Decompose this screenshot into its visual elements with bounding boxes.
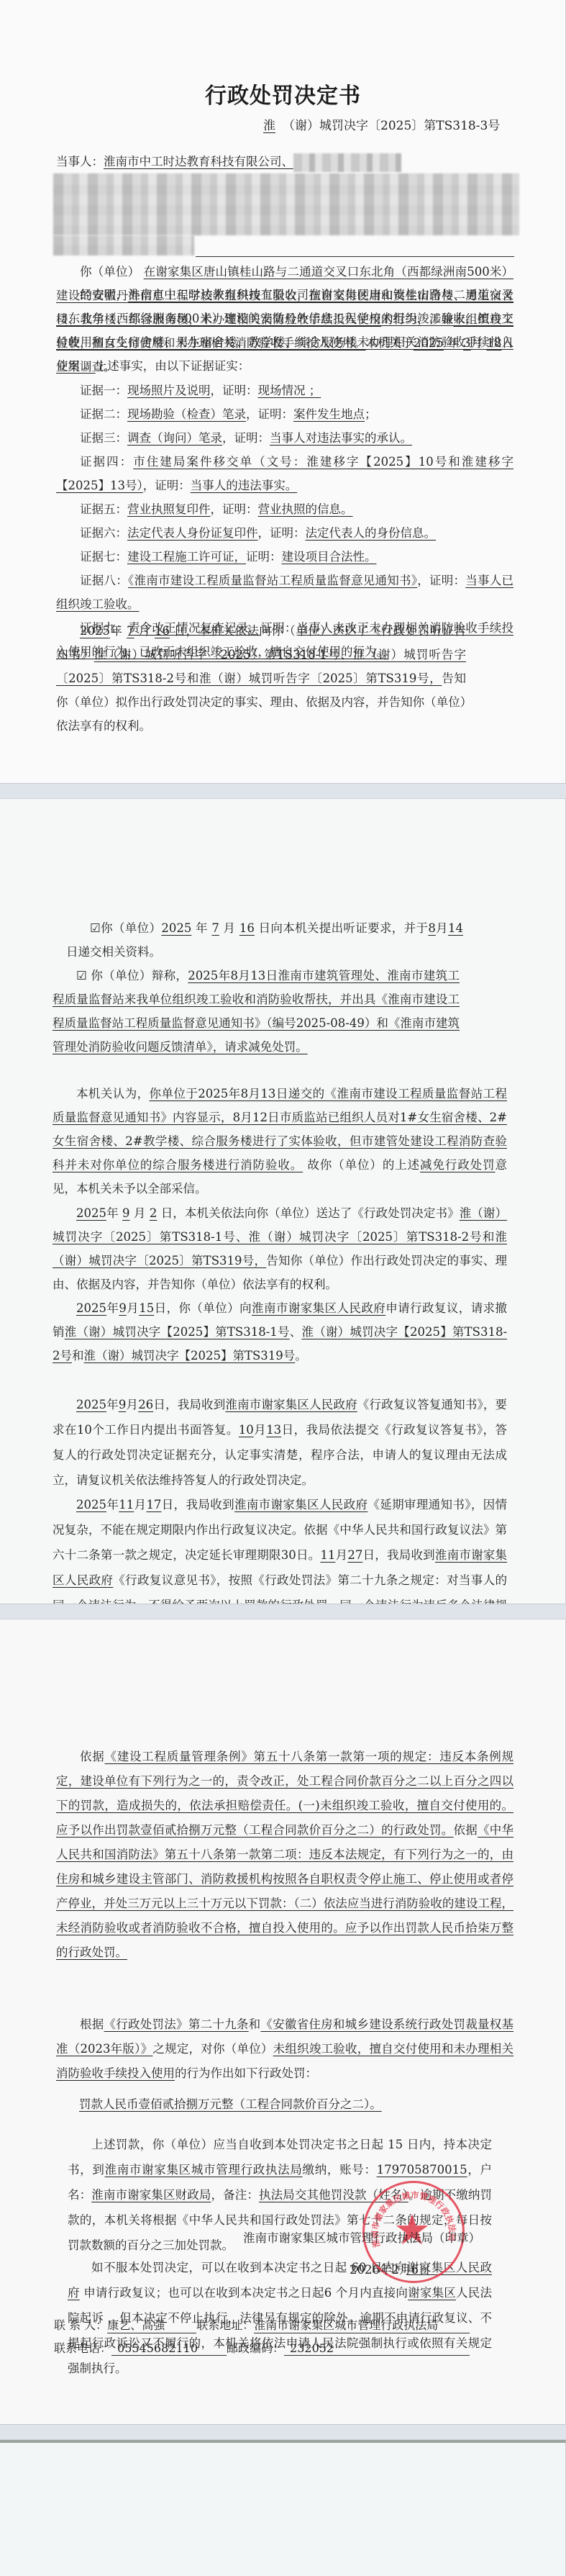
reply-day-2: 13 [266,1423,281,1437]
evidence-proves: 法定代表人的身份信息。 [306,526,437,540]
text: 根据 [80,2017,104,2031]
evidence-item: 证据四：市住建局案件移交单（文号：淮建移字【2025】10号和淮建移字【2025… [56,450,513,497]
penalty-amount: 罚款人民币壹佰贰拾捌万元整（工程合同款价百分之二）。 [79,2097,382,2111]
text: 你（单位） [101,921,162,935]
review-paragraph: 2025年9月15日，你（单位）向淮南市谢家集区人民政府申请行政复议，请求撤销淮… [53,1296,507,1368]
text: ，证明： [246,407,293,421]
issue-date: 2026年2月6日 [350,2260,431,2277]
text: ，证明： [417,574,465,587]
checkbox-checked-icon: ☑ [90,921,101,935]
reply-gov: 淮南市谢家集区人民政府 [225,1398,357,1411]
text: 月 [130,1206,150,1220]
evidence-proves: 建设项目合法性。 [282,550,377,564]
document-page-4 [0,2440,566,2576]
contact-line-1: 联 系 人：康艺、高强联系地址：淮南市谢家集区城市管理行政执法局 [54,2316,470,2333]
text: 月 [219,921,239,935]
text: 经查明， [80,288,128,302]
opinion-paragraph: 本机关认为，你单位于2025年8月13日递交的《淮南市建设工程质量监督站工程质量… [53,1082,507,1201]
text: ，备注： [211,2188,259,2202]
text: 依据 [80,1750,105,1763]
text: 月 [436,921,448,935]
text: 本机关认为， [76,1087,150,1101]
text: 年 [191,921,211,935]
penalty-line: 罚款人民币壹佰贰拾捌万元整（工程合同款价百分之二）。 [79,2092,482,2116]
decision-day: 2 [150,1206,158,1220]
law-ref: 《行政处罚法》第二十九条 [104,2017,249,2031]
reply-month: 9 [119,1398,127,1411]
account-number: 179705870015 [377,2163,467,2177]
text: 日递交相关资料。 [66,945,161,959]
text: 月 [134,1498,146,1511]
decision-year: 2025 [76,1206,106,1220]
page-separator [0,2424,566,2440]
evidence-item: 证据八：《淮南市建设工程质量监督站工程质量监督意见通知书》，证明：当事人已组织竣… [56,569,513,616]
checkbox-checked-icon: ☑ [76,969,87,982]
evidence-label: 证据一： [80,384,127,397]
text: 日，我局收到 [362,1548,435,1562]
underline-rule [196,256,514,257]
extension-paragraph: 2025年11月17日，我局收到淮南市谢家集区人民政府《延期审理通知书》，因情况… [53,1492,507,1604]
text: 你（单位） [80,265,140,279]
party-name: 淮南市中工时达教育科技有限公司、 [104,155,293,168]
legal-basis-2: 《中华人民共和国消防法》第五十八条第一款第二项：违反本法规定，有下列行为之一的，… [56,1823,513,1959]
text: 上述事实，由以下证据证实： [96,359,250,373]
document-title: 行政处罚决定书 [0,78,566,109]
extension-month-2: 11 [320,1548,335,1562]
text: 你（单位）辩称， [87,969,188,982]
hearing-month: 7 [211,921,219,935]
text: 月 [335,1548,347,1562]
legal-basis-1: 《建设工程质量管理条例》第五十八条第一款第一项的规定：违反本条例规定，建设单位有… [56,1750,513,1837]
notice-day: 16 [155,624,170,638]
reply-day: 26 [138,1398,153,1411]
text: 月 [134,624,155,638]
contact-phone: 05545682110 [111,2341,227,2356]
text: 日，我局收到 [153,1398,225,1411]
text: 证明： [246,550,282,564]
hearing-day: 16 [239,921,255,935]
submission-day: 14 [448,921,463,935]
review-day: 15 [139,1301,154,1315]
extension-gov: 淮南市谢家集区人民政府 [234,1498,368,1511]
evidence-proves: 当事人对违法事实的承认。 [270,431,412,445]
hearing-year: 2025 [161,921,191,935]
text: 和 [249,2017,261,2031]
review-gov: 淮南市谢家集区人民政府 [252,1301,385,1315]
extension-month: 11 [119,1498,134,1511]
defense-paragraph: ☑ 你（单位）辩称，2025年8月13日淮南市建筑管理处、淮南市建筑工程质量监督… [53,964,460,1059]
evidence-item-name: 现场勘验（检查）笔录 [127,407,246,421]
extension-year: 2025 [76,1498,106,1511]
text: ，证明： [258,526,306,540]
evidence-proves: 现场情况 ； [258,384,321,397]
according-paragraph: 根据《行政处罚法》第二十九条和《安徽省住房和城乡建设系统行政处罚裁量权基准（20… [56,2012,513,2086]
evidence-label: 证据六： [80,526,127,540]
account-name: 淮南市谢家集区财政局 [91,2188,211,2202]
evidence-item: 证据六：法定代表人身份证复印件，证明：法定代表人的身份信息。 [56,521,513,545]
evidence-item-name: 营业执照复印件 [127,502,211,516]
text: 之规定，对你（单位） [152,2042,273,2056]
findings-body: 经查明，淮南市中工时达教育科技有限公司在谢家集区唐山镇桂山路与二通道交叉口东北角… [56,283,513,378]
notice-month: 7 [127,624,134,638]
hearing-request-paragraph: ☑你（单位）2025 年 7 月 16 日向本机关提出听证要求，并于8月14日递… [66,916,463,964]
evidence-item: 证据五：营业执照复印件，证明：营业执照的信息。 [56,497,513,521]
contact-line-2: 联系电话：05545682110邮政编码：232052 [54,2339,470,2356]
text: 、 [290,1325,302,1339]
document-page-3: 依据《建设工程质量管理条例》第五十八条第一款第一项的规定：违反本条例规定，建设单… [0,1619,566,2424]
evidence-item-name: 建设工程施工许可证， [127,550,246,564]
postcode: 232052 [284,2341,470,2356]
evidence-label: 证据八： [80,574,128,587]
text: 年 [106,1301,119,1315]
text: 日，本机关依法向你（单位）送达了《行政处罚决定书》 [157,1206,459,1220]
evidence-item-name: 调查（询问）笔录 [127,431,222,445]
contact-address: 淮南市谢家集区城市管理行政执法局 [254,2316,470,2333]
text: ，证明： [143,479,191,492]
contact-phone-label: 联系电话： [54,2341,111,2355]
text: 缴纳，账号： [303,2163,377,2177]
evidence-label: 证据五： [80,502,127,516]
party-line: 当事人：淮南市中工时达教育科技有限公司、 [56,150,513,173]
redacted-block-tail [53,235,194,256]
document-number-rest: （谢）城罚决字〔2025〕第TS318-3号 [283,119,500,133]
review-ref: 淮（谢）城罚决字【2025】第TS319号 [84,1349,296,1362]
notice-refs: 淮（谢）城罚听告字〔2025〕第TS318-1号、淮（谢）城罚听告字〔2025〕… [56,648,466,685]
document-number-prefix: 淮 [256,119,283,133]
redacted-block [53,173,519,235]
page-separator [0,783,566,799]
payee: 淮南市谢家集区城市管理行政执法局 [105,2163,303,2177]
evidence-label: 证据三： [80,431,127,445]
text: 申请行政复议；也可以在收到本决定书之日起6 个月内直接向 [80,2286,408,2300]
evidence-proves: 营业执照的信息。 [258,502,353,516]
extension-day-2: 27 [347,1548,362,1562]
reply-paragraph: 2025年9月26日，我局收到淮南市谢家集区人民政府《行政复议答复通知书》，要求… [53,1392,507,1493]
document-number: 淮（谢）城罚决字〔2025〕第TS318-3号 [256,115,500,133]
evidence-label: 证据四： [80,455,133,469]
text: 日，你（单位）向 [154,1301,252,1315]
evidence-item: 证据三：调查（询问）笔录，证明：当事人对违法事实的承认。 [56,426,513,450]
text: 的行为作出如下行政处罚： [175,2066,317,2080]
decision-month: 9 [122,1206,130,1220]
evidence-proves: 当事人的违法事实。 [191,479,298,492]
text: 和 [72,1349,84,1362]
text: 年 [106,1206,122,1220]
evidence-item-name: 现场照片及说明 [127,384,211,397]
contact-address-label: 联系地址： [196,2318,254,2332]
review-month: 9 [119,1301,127,1315]
text: ，证明： [222,431,270,445]
submission-month: 8 [428,921,436,935]
text: 。 [295,1349,307,1362]
evidence-label: 证据七： [80,550,127,564]
page-separator [0,1604,566,1619]
opinion-subject: 减免行政处罚 [420,1158,495,1172]
postcode-label: 邮政编码： [227,2341,284,2355]
hearing-notice-paragraph: 2025年 7 月 16 日，本机关依法向你（单位）送达了《行政处罚听证告知书》… [56,619,466,738]
evidence-item: 证据一：现场照片及说明，证明：现场情况 ； [56,379,513,402]
issuing-authority: 淮南市谢家集区城市管理行政执法局（印章） [243,2228,480,2246]
text: 年 [106,1398,119,1411]
text: 年 [106,1498,119,1511]
reply-month-2: 10 [239,1423,254,1437]
document-page-1: 行政处罚决定书 淮（谢）城罚决字〔2025〕第TS318-3号 当事人：淮南市中… [0,0,566,783]
review-year: 2025 [76,1301,106,1315]
contact-person: 康艺、高强 [107,2316,196,2333]
text: ，证明： [211,502,258,516]
text: 《行政复议意见书》，按照《行政处罚法》第二十九条之规定：对当事人的同一个违法行为… [53,1573,507,1604]
evidence-label: 证据二： [80,407,127,421]
legal-basis-paragraph: 依据《建设工程质量管理条例》第五十八条第一款第一项的规定：违反本条例规定，建设单… [56,1745,513,1965]
review-ref: 淮（谢）城罚决字【2025】第TS318-1号 [65,1325,290,1339]
evidence-item: 证据七：建设工程施工许可证，证明：建设项目合法性。 [56,545,513,569]
evidence-proves: 案件发生地点 [293,407,365,421]
text: 依据 [454,1823,478,1837]
text: 月 [254,1423,266,1437]
notice-year: 2025 [80,624,110,638]
decision-notice-paragraph: 2025年 9 月 2 日，本机关依法向你（单位）送达了《行政处罚决定书》淮（谢… [53,1201,507,1296]
extension-day: 17 [146,1498,161,1511]
text: 日，我局收到 [161,1498,234,1511]
evidence-item-name: 《淮南市建设工程质量监督站工程质量监督意见通知书》 [128,574,417,587]
text: ，证明： [211,384,258,397]
text: 月 [126,1398,138,1411]
reply-year: 2025 [76,1398,106,1411]
contact-person-label: 联 系 人： [54,2318,107,2332]
text: 故你（单位）的上述 [303,1158,420,1172]
evidence-item-name: 法定代表人身份证复印件 [127,526,258,540]
appeal-court: 谢家集区 [408,2286,456,2300]
redacted-party-info [293,153,401,172]
evidence-item: 证据二：现场勘验（检查）笔录，证明：案件发生地点； [56,402,513,426]
text: 日向本机关提出听证要求，并于 [255,921,428,935]
document-page-2: ☑你（单位）2025 年 7 月 16 日向本机关提出听证要求，并于8月14日递… [0,799,566,1604]
text: 月 [127,1301,139,1315]
party-label: 当事人： [56,155,104,168]
text: 年 [110,624,127,638]
